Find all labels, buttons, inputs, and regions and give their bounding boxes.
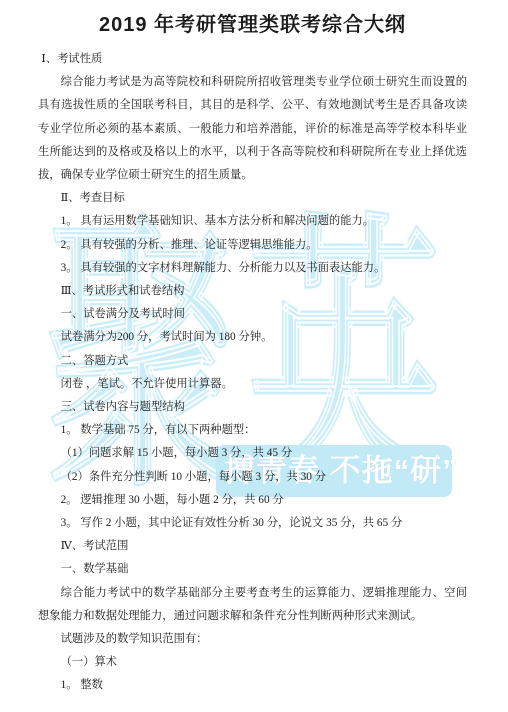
subsection-3-heading: 三、试卷内容与题型结构 xyxy=(38,396,467,419)
structure-item-3: 3。 写作 2 小题，其中论证有效性分析 30 分，论说文 35 分，共 65 … xyxy=(38,512,467,535)
math-basis-paragraph: 综合能力考试中的数学基础部分主要考查考生的运算能力、逻辑推理能力、空间想象能力和… xyxy=(38,582,467,628)
scope-intro-line: 试题涉及的数学知识范围有： xyxy=(38,628,467,651)
section-1-heading: Ⅰ、考试性质 xyxy=(38,48,467,71)
scope-item-integer: 1。 整数 xyxy=(38,674,467,697)
document-body: Ⅰ、考试性质综合能力考试是为高等院校和科研院所招收管理类专业学位硕士研究生而设置… xyxy=(38,48,467,698)
exam-nature-paragraph: 综合能力考试是为高等院校和科研院所招收管理类专业学位硕士研究生而设置的具有选拔性… xyxy=(38,71,467,187)
structure-item-1-2: （2）条件充分性判断 10 小题，每小题 3 分，共 30 分 xyxy=(38,466,467,489)
score-and-time-line: 试卷满分为200 分，考试时间为 180 分钟。 xyxy=(38,326,467,349)
subsection-2-heading: 二、答题方式 xyxy=(38,350,467,373)
section-4-heading: Ⅳ、考试范围 xyxy=(38,535,467,558)
subsection-math-heading: 一、数学基础 xyxy=(38,558,467,581)
answer-mode-line: 闭卷 ，笔试。不允许使用计算器。 xyxy=(38,373,467,396)
scope-item-arithmetic: （一）算术 xyxy=(38,651,467,674)
structure-item-2: 2。 逻辑推理 30 小题，每小题 2 分，共 60 分 xyxy=(38,489,467,512)
goal-item-2: 2。 具有较强的分析、推理、论证等逻辑思维能力。 xyxy=(38,234,467,257)
goal-item-1: 1。 具有运用数学基础知识、基本方法分析和解决问题的能力。 xyxy=(38,210,467,233)
subsection-1-heading: 一、试卷满分及考试时间 xyxy=(38,303,467,326)
section-3-heading: Ⅲ、考试形式和试卷结构 xyxy=(38,280,467,303)
section-2-heading: Ⅱ、考查目标 xyxy=(38,187,467,210)
structure-item-1: 1。 数学基础 75 分，有以下两种题型： xyxy=(38,419,467,442)
document-page: 聚英 搏青春 不拖“研” 2019 年考研管理类联考综合大纲 Ⅰ、考试性质综合能… xyxy=(0,0,508,712)
goal-item-3: 3。 具有较强的文字材料理解能力、分析能力以及书面表达能力。 xyxy=(38,257,467,280)
page-title: 2019 年考研管理类联考综合大纲 xyxy=(38,0,467,48)
document-content: 2019 年考研管理类联考综合大纲 Ⅰ、考试性质综合能力考试是为高等院校和科研院… xyxy=(0,0,508,698)
structure-item-1-1: （1）问题求解 15 小题，每小题 3 分，共 45 分 xyxy=(38,442,467,465)
